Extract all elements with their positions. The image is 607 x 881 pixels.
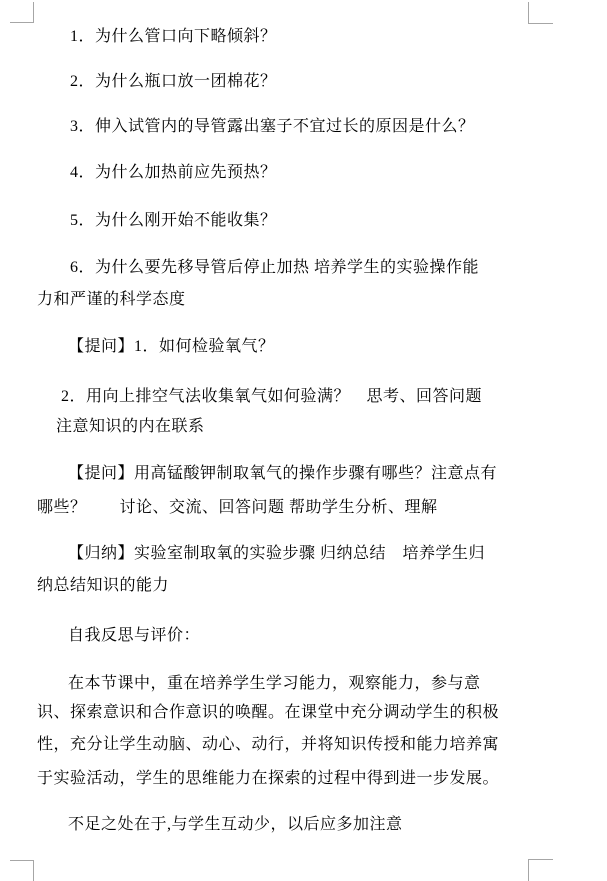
question-line-4: 4．为什么加热前应先预热？ (70, 162, 277, 184)
reflection-paragraph-line-3: 性，充分让学生动脑、动心、动行，并将知识传授和能力培养寓 (37, 734, 499, 756)
tiwen-collect-oxygen-line: 2．用向上排空气法收集氧气如何验满？ 思考、回答问题 (61, 386, 482, 408)
tiwen-check-oxygen-line: 【提问】1．如何检验氧气？ (68, 336, 275, 358)
reflection-paragraph-line-1: 在本节课中，重在培养学生学习能力，观察能力，参与意 (68, 673, 481, 695)
text-boundary-mark-bottom-right (528, 859, 553, 881)
text-boundary-mark-bottom-left (10, 860, 34, 881)
guina-summary-line: 【归纳】实验室制取氧的实验步骤 归纳总结 培养学生归 (68, 543, 485, 565)
tiwen-kmno4-cont: 哪些？ 讨论、交流、回答问题 帮助学生分析、理解 (37, 497, 438, 519)
question-line-6: 6．为什么要先移导管后停止加热 培养学生的实验操作能 (70, 257, 479, 279)
tiwen-collect-oxygen-cont: 注意知识的内在联系 (56, 416, 205, 438)
text-boundary-mark-top-right (528, 2, 553, 24)
tiwen-kmno4-line: 【提问】用高锰酸钾制取氧气的操作步骤有哪些？注意点有 (68, 463, 497, 485)
question-line-3: 3．伸入试管内的导管露出塞子不宜过长的原因是什么？ (70, 116, 475, 138)
reflection-paragraph-line-2: 识、探索意识和合作意识的唤醒。在课堂中充分调动学生的积极 (37, 702, 499, 724)
document-page: 1．为什么管口向下略倾斜？ 2．为什么瓶口放一团棉花？ 3．伸入试管内的导管露出… (0, 0, 607, 881)
question-line-2: 2．为什么瓶口放一团棉花？ (70, 71, 277, 93)
question-line-6-cont: 力和严谨的科学态度 (37, 289, 186, 311)
guina-summary-cont: 纳总结知识的能力 (37, 575, 169, 597)
question-line-5: 5．为什么刚开始不能收集？ (70, 210, 277, 232)
text-boundary-mark-top-left (10, 2, 34, 23)
reflection-paragraph-line-4: 于实验活动，学生的思维能力在探索的过程中得到进一步发展。 (37, 768, 499, 790)
shortcoming-note-line: 不足之处在于,与学生互动少，以后应多加注意 (68, 814, 403, 836)
self-reflection-heading: 自我反思与评价： (68, 625, 200, 647)
question-line-1: 1．为什么管口向下略倾斜？ (70, 26, 277, 48)
